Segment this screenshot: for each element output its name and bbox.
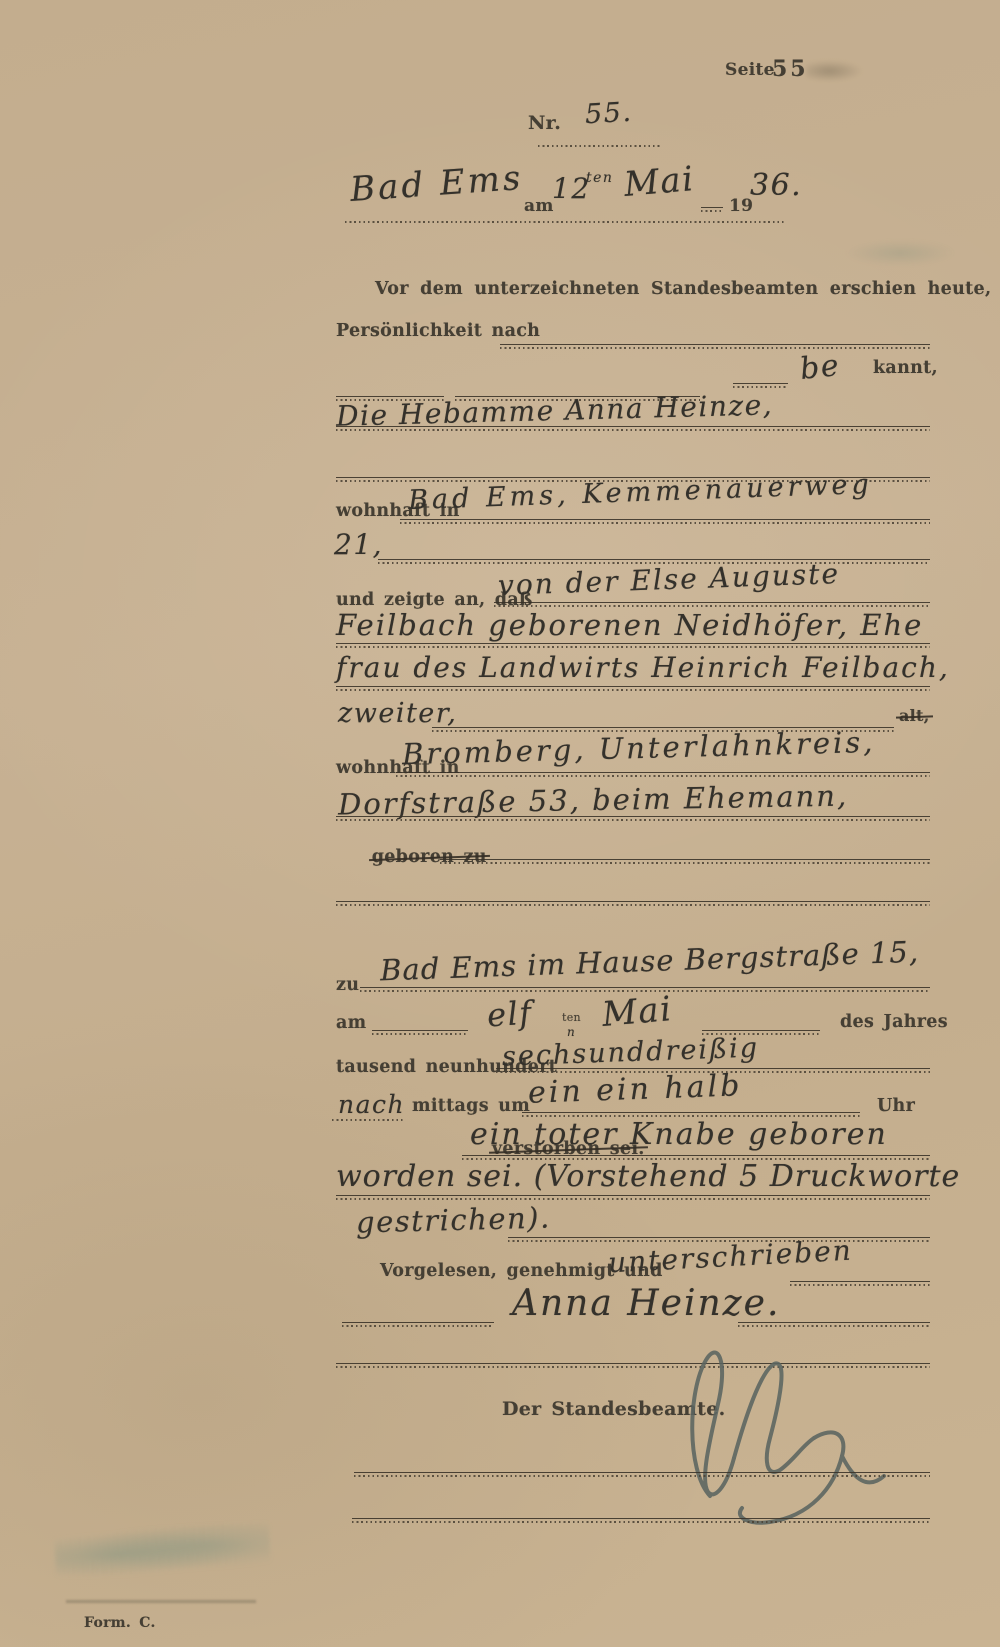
statement-handwritten-2: worden sei. (Vorstehend 5 Druckworte: [336, 1159, 960, 1194]
mittags-um-label: mittags um: [412, 1096, 530, 1116]
blank-line: [336, 426, 930, 431]
event-place-handwritten: Bad Ems im Hause Bergstraße 15,: [380, 935, 920, 988]
day-suffix-handwritten: ten: [586, 170, 613, 186]
bleedthrough-line: [66, 1600, 256, 1603]
bleedthrough-smudge: [845, 240, 955, 266]
uhr-label: Uhr: [877, 1096, 915, 1116]
nach-handwritten: nach: [338, 1090, 405, 1119]
n-insert-handwritten: n: [567, 1025, 576, 1039]
form-code: Form. C.: [84, 1615, 156, 1631]
be-handwritten: be: [798, 348, 841, 387]
declarant-signature-handwritten: Anna Heinze.: [512, 1283, 780, 1324]
event-time-handwritten: ein ein halb: [527, 1068, 743, 1110]
blank-line: [790, 1281, 930, 1286]
blank-line: [738, 1322, 930, 1327]
registry-document-page: Seite 55 Nr. 55. Bad Ems am 12 ten Mai 1…: [0, 0, 1000, 1647]
statement-handwritten-1: ein toter Knabe geboren: [470, 1117, 888, 1152]
date-dash: [701, 207, 723, 212]
day-handwritten: 12: [552, 172, 591, 205]
page-label: Seite: [725, 60, 775, 80]
geboren-zu-struck-printed: geboren zu: [372, 847, 487, 867]
ten-suffix-printed: ten: [562, 1011, 581, 1024]
intro-text: Vor dem unterzeichneten Standesbeamten e…: [375, 279, 1000, 299]
record-number-line: [538, 142, 660, 147]
des-jahres-label: des Jahres: [840, 1012, 948, 1032]
registry-place-handwritten: Bad Ems: [349, 158, 525, 210]
event-year-handwritten: sechsunddreißig: [502, 1033, 760, 1073]
declarant-residence-handwritten-2: 21,: [334, 528, 383, 561]
blank-line: [440, 859, 930, 864]
record-number-label: Nr.: [528, 112, 561, 134]
blank-line: [336, 643, 930, 648]
alt-struck-printed: alt,: [899, 706, 930, 725]
blank-line: [400, 519, 930, 524]
blank-line: [336, 816, 930, 821]
blank-line: [336, 901, 930, 906]
blank-line: [372, 1030, 468, 1035]
mother-residence-handwritten-2: Dorfstraße 53, beim Ehemann,: [338, 779, 849, 822]
statement-handwritten-3: gestrichen).: [356, 1200, 552, 1239]
declarant-residence-handwritten-1: Bad Ems, Kemmenauerweg: [408, 469, 874, 516]
mother-handwritten-4: zweiter,: [338, 698, 457, 729]
blank-line: [352, 1518, 930, 1523]
event-month-handwritten: Mai: [600, 989, 674, 1035]
blank-line: [354, 1472, 930, 1477]
blank-line: [336, 686, 930, 691]
blank-line: [733, 383, 788, 388]
blank-line: [336, 1195, 930, 1200]
blank-line: [500, 344, 930, 349]
am-label: am: [524, 196, 554, 216]
ink-smudge: [806, 60, 864, 82]
blank-line: [342, 1322, 494, 1327]
month-handwritten: Mai: [622, 159, 696, 205]
record-number-value: 55.: [584, 97, 633, 130]
zu-label: zu: [336, 975, 359, 995]
vor-nach-line: [332, 1116, 404, 1121]
mother-handwritten-3: frau des Landwirts Heinrich Feilbach,: [336, 651, 950, 684]
am-label-2: am: [336, 1013, 366, 1033]
page-number: 55: [772, 56, 809, 82]
year-handwritten: 36.: [750, 168, 802, 203]
blank-line: [494, 602, 930, 607]
registrar-signature: [602, 1338, 902, 1533]
kannt-printed: kannt,: [873, 358, 938, 378]
bleedthrough-smudge: [54, 1522, 271, 1581]
blank-line: [396, 772, 930, 777]
place-date-line: [345, 218, 785, 223]
mother-handwritten-2: Feilbach geborenen Neidhöfer, Ehe: [336, 608, 923, 642]
persoenlichkeit-label: Persönlichkeit nach: [336, 321, 540, 341]
event-day-handwritten: elf: [486, 993, 534, 1034]
